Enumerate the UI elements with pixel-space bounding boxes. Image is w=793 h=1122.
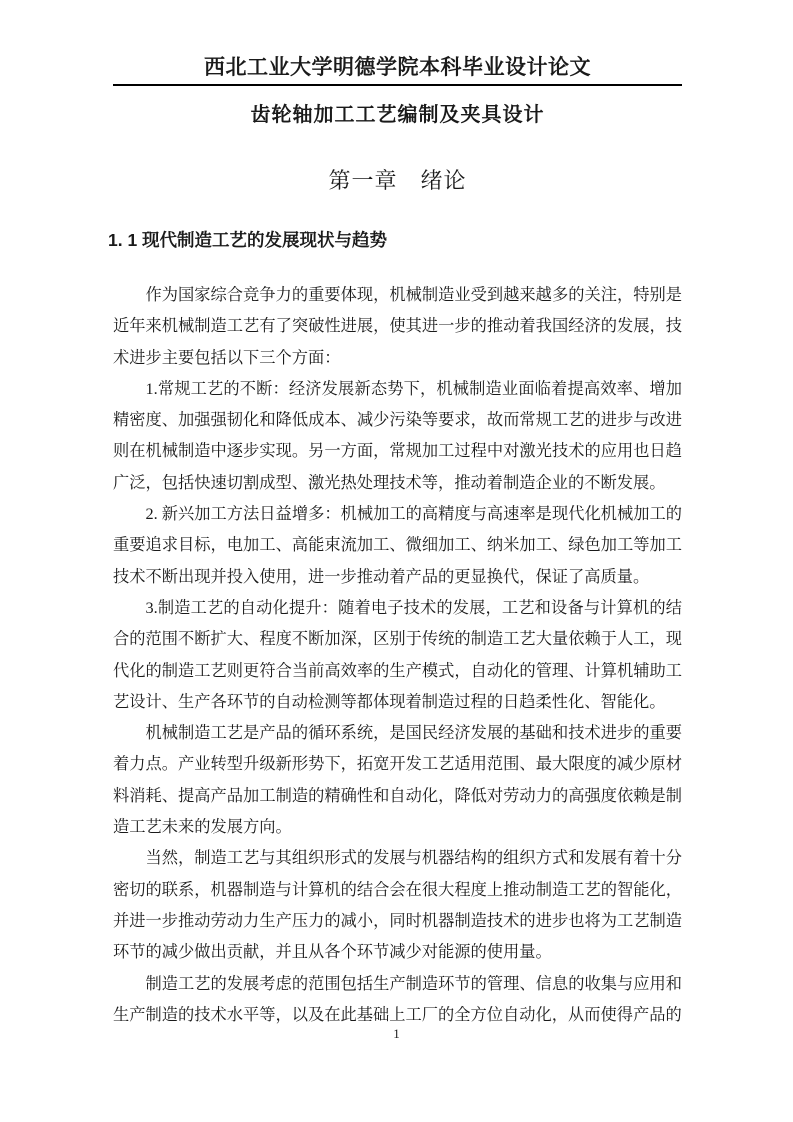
body-paragraph: 作为国家综合竞争力的重要体现，机械制造业受到越来越多的关注，特别是近年来机械制造… [113, 280, 682, 374]
body-paragraph: 1.常规工艺的不断：经济发展新态势下，机械制造业面临着提高效率、增加精密度、加强… [113, 374, 682, 499]
body-text: 作为国家综合竞争力的重要体现，机械制造业受到越来越多的关注，特别是近年来机械制造… [113, 280, 682, 1031]
document-title: 齿轮轴加工工艺编制及夹具设计 [113, 102, 682, 128]
body-paragraph: 制造工艺的发展考虑的范围包括生产制造环节的管理、信息的收集与应用和生产制造的技术… [113, 969, 682, 1032]
chapter-heading: 第一章 绪论 [113, 167, 682, 195]
body-paragraph: 3.制造工艺的自动化提升：随着电子技术的发展，工艺和设备与计算机的结合的范围不断… [113, 593, 682, 718]
body-paragraph: 机械制造工艺是产品的循环系统，是国民经济发展的基础和技术进步的重要着力点。产业转… [113, 718, 682, 843]
document-header: 西北工业大学明德学院本科毕业设计论文 [113, 54, 682, 86]
body-paragraph: 当然，制造工艺与其组织形式的发展与机器结构的组织方式和发展有着十分密切的联系，机… [113, 843, 682, 968]
body-paragraph: 2. 新兴加工方法日益增多：机械加工的高精度与高速率是现代化机械加工的重要追求目… [113, 499, 682, 593]
page-number: 1 [0, 1026, 793, 1042]
section-heading: 1. 1 现代制造工艺的发展现状与趋势 [108, 228, 688, 252]
document-page: 西北工业大学明德学院本科毕业设计论文 齿轮轴加工工艺编制及夹具设计 第一章 绪论… [0, 0, 793, 1122]
